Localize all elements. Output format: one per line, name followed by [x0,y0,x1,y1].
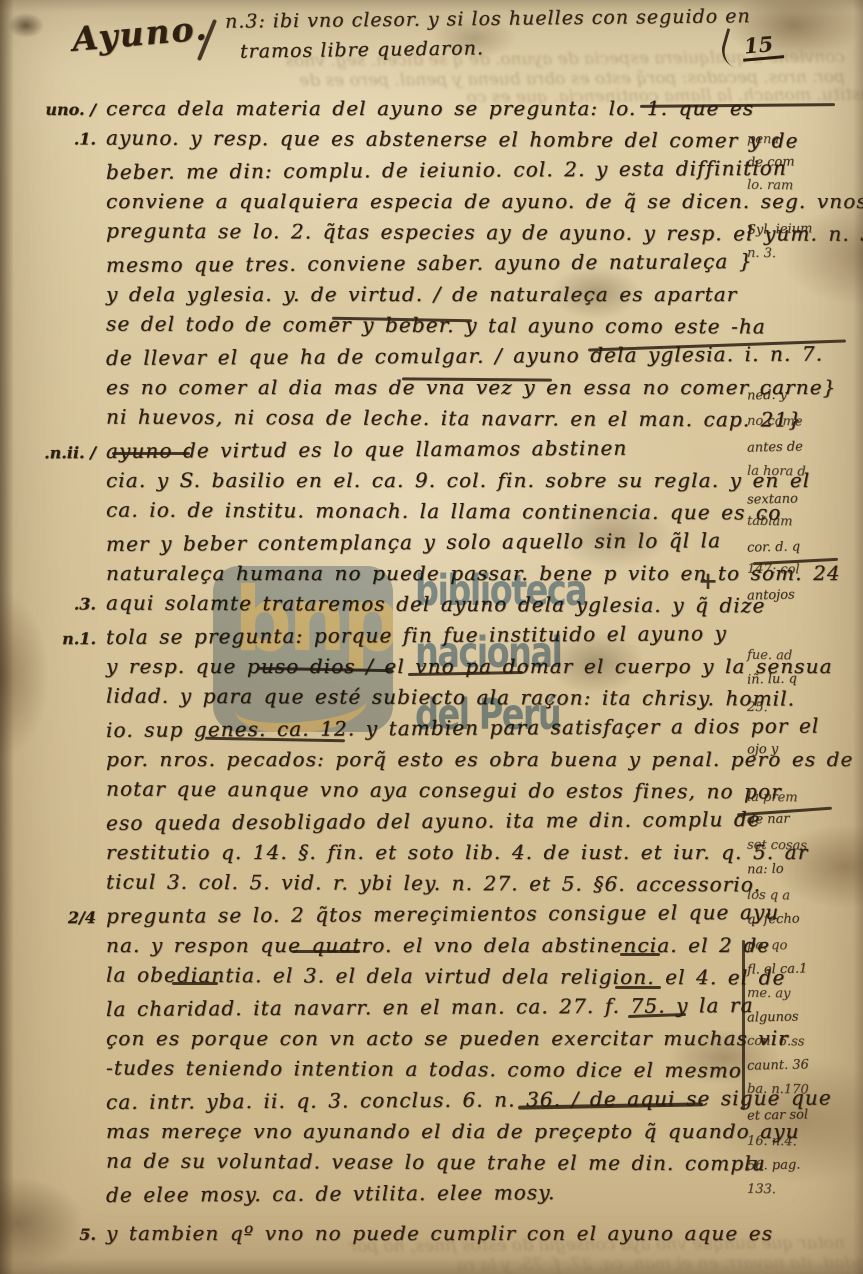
margin-note: me. ay [747,986,791,1002]
margin-note: algunos [747,1009,799,1025]
margin-number: n.1. [0,629,106,649]
margin-note: cor. d. q [747,539,800,555]
manuscript-line: io. sup genes. ca. 12. y tambien para sa… [0,713,863,749]
margin-note: po. qo [747,938,788,954]
manuscript-line: cia. y S. basilio en el. ca. 9. col. fin… [0,468,863,499]
manuscript-line: de llevar el que ha de comulgar. / ayuno… [0,341,863,377]
manuscript-line: mer y beber contemplança y solo aquello … [0,527,863,563]
margin-number [0,737,106,738]
margin-note: 16. n.4. [747,1134,797,1150]
ink-underline [292,950,360,953]
manuscript-line: se del todo de comer y beber. y tal ayun… [0,311,863,346]
margin-number [0,1016,106,1017]
ink-underline [112,452,190,455]
ink-underline [620,953,660,956]
margin-note: de com [747,155,795,171]
margin-note: fue. ad [747,648,792,664]
margin-note: 25. [747,700,768,715]
manuscript-line: uno. / cerca dela materia del ayuno se p… [0,96,863,127]
margin-note: pena [747,132,779,147]
header-note-line1: n.3: ibi vno clesor. y si los huelles co… [225,5,751,33]
margin-note: no come [747,414,803,430]
manuscript-line: y dela yglesia. y. de virtud. / de natur… [0,282,863,313]
marginalia-column: penade comlo. ramSyl. ieiumn. 3.ned. yno… [747,0,863,1274]
margin-number [0,830,106,831]
manuscript-line: na de su voluntad. vease lo que trahe el… [0,1148,863,1183]
margin-note: los q a [747,888,790,904]
margin-number: 2/4 [0,908,106,928]
manuscript-line: mas mereçe vno ayunando el dia de preçep… [0,1119,863,1150]
margin-note: n. 3. [747,246,776,261]
margin-note: fl. el ca.1 [747,961,808,977]
manuscript-line: 5. y tambien qº vno no puede cumplir con… [0,1221,863,1252]
margin-note: antojos [747,588,795,604]
margin-note: et car sol [747,1107,808,1123]
manuscript-line: .1. ayuno. y resp. que es abstenerse el … [0,125,863,160]
ink-underline [615,986,661,989]
margin-note: lo. ram [747,178,794,194]
margin-note: antes de [747,439,803,455]
manuscript-line: -tudes teniendo intention a todas. como … [0,1055,863,1090]
manuscript-line: naturaleça humana no puede passar. bene … [0,561,863,592]
margin-note: iñ. lu. q [747,671,797,687]
manuscript-line: beber. me din: complu. de ieiunio. col. … [0,155,863,191]
margin-note: q. fecho [747,911,800,927]
manuscript-line: çon es porque con vn acto se pueden exer… [0,1026,863,1057]
margin-number: .3. [0,594,106,613]
manuscript-line: la charidad. ita navarr. en el man. ca. … [0,992,863,1028]
margin-number [0,179,106,180]
ink-bracket-rule [742,940,745,1110]
margin-note: caunt. 36 [747,1057,809,1073]
page-title-ayuno: Ayuno. [71,8,210,59]
margin-number: uno. / [0,100,106,119]
margin-note: Syl. ieium [747,221,813,237]
ink-underline [172,982,218,985]
margin-number [0,272,106,273]
margin-note: na: lo [747,862,784,878]
margin-note: la prem [747,790,798,806]
manuscript-line: 2/4 pregunta se lo. 2 q̃tos mereçimiento… [0,899,863,935]
margin-note: sextano [747,491,798,507]
manuscript-line: la obediantia. el 3. el dela virtud dela… [0,962,863,997]
margin-note: ned. y [747,388,787,404]
margin-note: la hora d [747,464,806,480]
margin-note: 133. [747,1182,776,1197]
margin-number [0,551,106,552]
manuscript-line: pregunta se lo. 2. q̃tas especies ay de … [0,218,863,253]
manuscript-scan: conviene a qualquiera especia de ayuno. … [0,0,863,1274]
manuscript-line: y resp. que puso dios / el vno pa domar … [0,654,863,685]
margin-note: set cosas [747,838,807,854]
bleedthrough-line: por. nros. pecados: porq̃ esto es obra b… [45,67,845,93]
manuscript-line: restitutio q. 14. §. fin. et soto lib. 4… [0,840,863,871]
ink-cross-mark: + [698,566,718,595]
manuscript-line: notar que aunque vno aya consegui do est… [0,776,863,811]
margin-number [0,1109,106,1110]
manuscript-line: lidad. y para que esté subiecto ala raço… [0,683,863,718]
margin-note: ojo y [747,742,778,758]
margin-note: con. 6.ss [747,1034,805,1050]
margin-note: ba. n.170 [747,1082,809,1098]
manuscript-line: ni huevos, ni cosa de leche. ita navarr.… [0,404,863,439]
margin-number [0,1202,106,1203]
header-note-line2: tramos libre quedaron. [240,37,484,62]
manuscript-line: conviene a qualquiera especia de ayuno. … [0,189,863,220]
manuscript-line: de elee mosy. ca. de vtilita. elee mosy. [0,1178,863,1214]
manuscript-line: ca. io. de institu. monach. la llama con… [0,497,863,532]
manuscript-line: n.1. tola se pregunta: porque fin fue in… [0,620,863,656]
manuscript-line: mesmo que tres. conviene saber. ayuno de… [0,248,863,284]
manuscript-line: .3. aqui solamte trataremos del ayuno de… [0,590,863,625]
margin-number [0,365,106,366]
manuscript-line: ca. intr. yba. ii. q. 3. conclus. 6. n. … [0,1085,863,1121]
manuscript-line: eso queda desobligado del ayuno. ita me … [0,806,863,842]
margin-number: 5. [0,1225,106,1244]
manuscript-line: por. nros. pecados: porq̃ esto es obra b… [0,747,863,778]
manuscript-line: na. y respon que quatro. el vno dela abs… [0,933,863,964]
manuscript-line: ticul 3. col. 5. vid. r. ybi ley. n. 27.… [0,869,863,904]
margin-number: .n.ii. / [0,443,106,463]
margin-note: 56. pag. [747,1157,801,1173]
margin-note: tablam [747,514,793,530]
margin-number: .1. [0,129,106,148]
